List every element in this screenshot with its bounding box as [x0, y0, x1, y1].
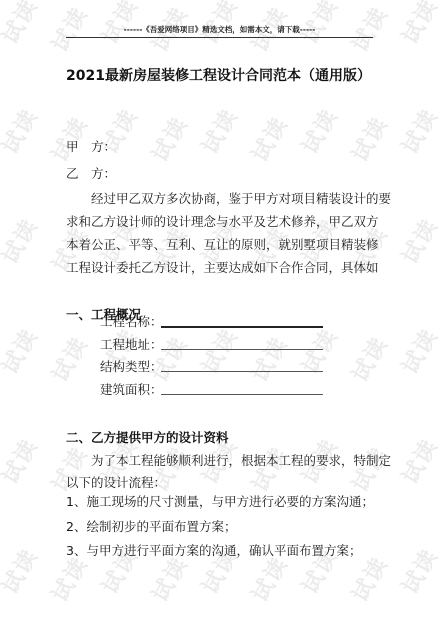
field-label: 工程名称： — [100, 314, 163, 329]
intro-line: 工程设计委托乙方设计，主要达成如下合作合同，具体如 — [66, 258, 379, 276]
intro-line: 求和乙方设计师的设计理念与水平及艺术修养，甲乙双方 — [66, 212, 379, 230]
blank-underline — [161, 394, 323, 395]
blank-underline — [161, 349, 323, 350]
intro-line: 经过甲乙双方多次协商，鉴于甲方对项目精装设计的要 — [66, 189, 391, 207]
field-label: 工程地址： — [100, 337, 163, 352]
list-item: 2、绘制初步的平面布置方案； — [66, 517, 236, 535]
list-item: 3、与甲方进行平面方案的沟通，确认平面布置方案； — [66, 541, 361, 559]
party-a-label: 甲 方： — [66, 137, 116, 155]
section-2-intro-line: 以下的设计流程： — [66, 473, 166, 491]
section-2-intro-line: 为了本工程能够顺利进行，根据本工程的要求，特制定 — [66, 451, 391, 469]
field-label: 建筑面积： — [100, 382, 163, 397]
header-banner: ------《吾爱网络项目》精选文档，如需本文，请下载----- — [66, 24, 373, 35]
list-item: 1、施工现场的尺寸测量，与甲方进行必要的方案沟通； — [66, 492, 374, 510]
document-title: 2021最新房屋装修工程设计合同范本（通用版） — [66, 65, 371, 85]
document-page: ------《吾爱网络项目》精选文档，如需本文，请下载----- 2021最新房… — [0, 0, 440, 620]
section-2-heading: 二、乙方提供甲方的设计资料 — [66, 428, 229, 446]
intro-line: 本着公正、平等、互利、互让的原则，就别墅项目精装修 — [66, 235, 379, 253]
field-project-address[interactable]: 工程地址： — [100, 335, 163, 353]
field-project-name[interactable]: 工程名称： — [100, 312, 163, 330]
field-label: 结构类型： — [100, 359, 163, 374]
field-structure-type[interactable]: 结构类型： — [100, 357, 163, 375]
blank-underline — [161, 326, 323, 328]
blank-underline — [161, 371, 323, 372]
header-divider — [66, 37, 373, 38]
party-b-label: 乙 方： — [66, 164, 116, 182]
field-building-area[interactable]: 建筑面积： — [100, 380, 163, 398]
